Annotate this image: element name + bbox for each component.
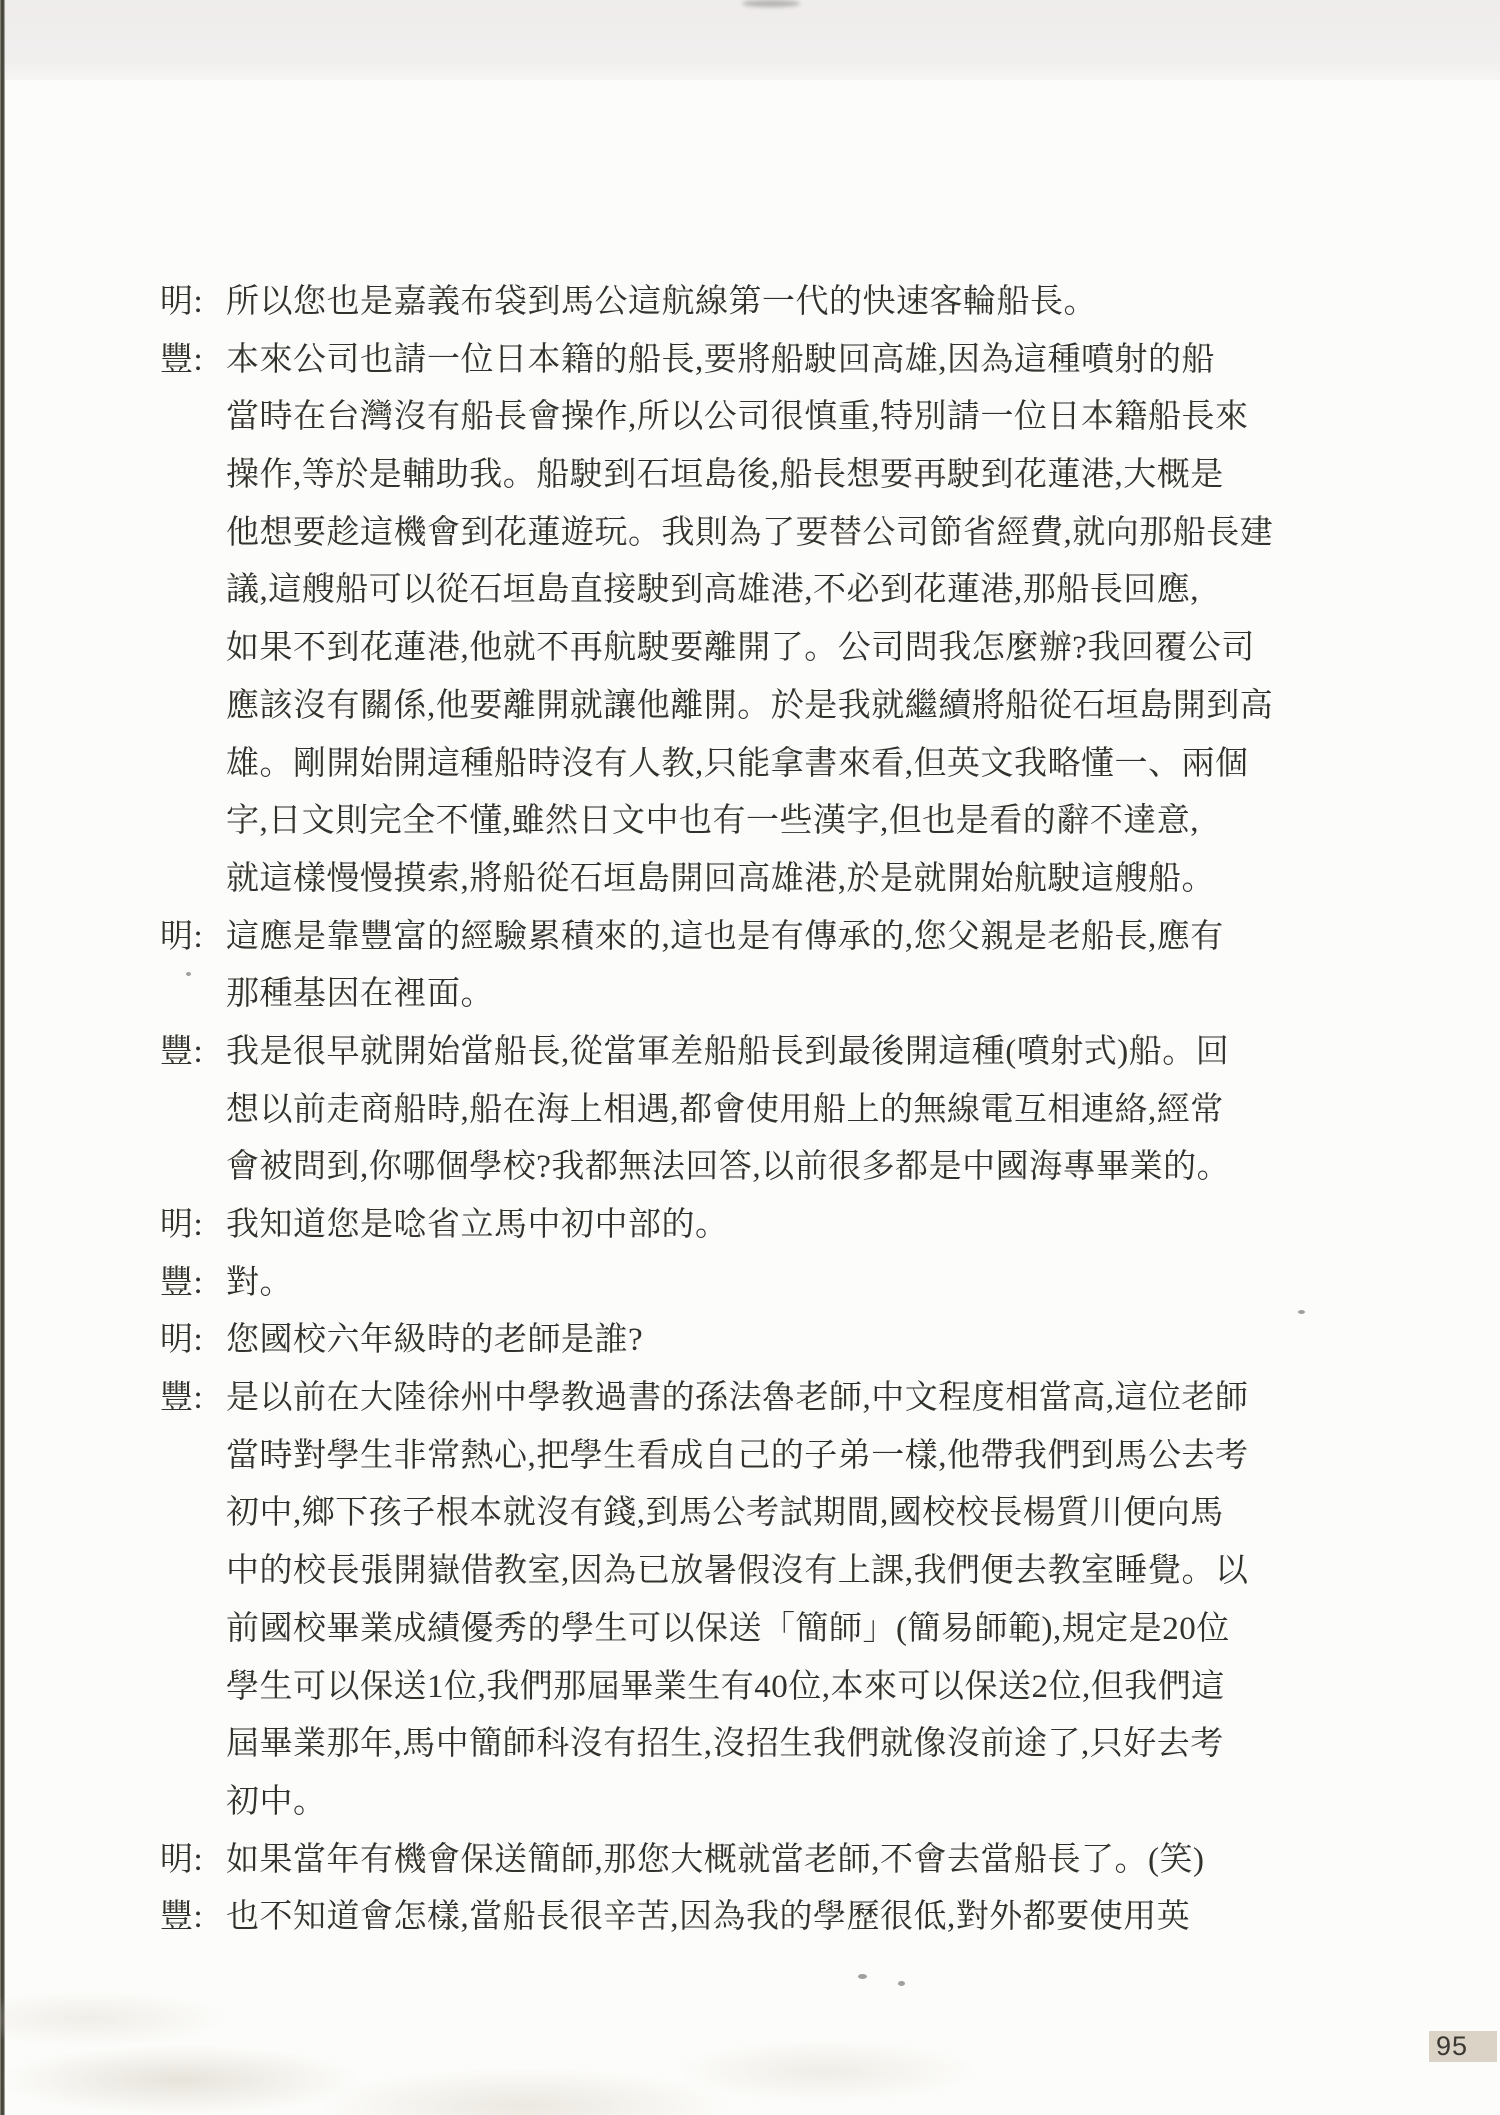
dialogue-text: 也不知道會怎樣,當船長很辛苦,因為我的學歷很低,對外都要使用英 (226, 1899, 1190, 1935)
dialogue-line: 明:您國校六年級時的老師是誰? (160, 1312, 1430, 1370)
dialogue-text: 中的校長張開嶽借教室,因為已放暑假沒有上課,我們便去教室睡覺。以 (226, 1553, 1249, 1589)
dialogue-line: 明:如果當年有機會保送簡師,那您大概就當老師,不會去當船長了。(笑) (160, 1832, 1430, 1890)
dialogue-text: 字,日文則完全不懂,雖然日文中也有一些漢字,但也是看的辭不達意, (226, 803, 1199, 839)
dialogue-text: 議,這艘船可以從石垣島直接駛到高雄港,不必到花蓮港,那船長回應, (226, 572, 1199, 608)
dialogue-line: 應該沒有關係,他要離開就讓他離開。於是我就繼續將船從石垣島開到高 (160, 678, 1430, 736)
dialogue-line: 豐:是以前在大陸徐州中學教過書的孫法魯老師,中文程度相當高,這位老師 (160, 1370, 1430, 1428)
dialogue-text: 就這樣慢慢摸索,將船從石垣島開回高雄港,於是就開始航駛這艘船。 (226, 861, 1215, 897)
dialogue-text: 您國校六年級時的老師是誰? (226, 1322, 643, 1358)
dialogue-line: 豐:本來公司也請一位日本籍的船長,要將船駛回高雄,因為這種噴射的船 (160, 332, 1430, 390)
dialogue-line: 屆畢業那年,馬中簡師科沒有招生,沒招生我們就像沒前途了,只好去考 (160, 1716, 1430, 1774)
dialogue-line: 當時對學生非常熱心,把學生看成自己的子弟一樣,他帶我們到馬公去考 (160, 1428, 1430, 1486)
dialogue-line: 如果不到花蓮港,他就不再航駛要離開了。公司問我怎麼辦?我回覆公司 (160, 620, 1430, 678)
speaker-label: 豐: (160, 1370, 226, 1428)
dialogue-line: 他想要趁這機會到花蓮遊玩。我則為了要替公司節省經費,就向那船長建 (160, 505, 1430, 563)
dialogue-text: 雄。剛開始開這種船時沒有人教,只能拿書來看,但英文我略懂一、兩個 (226, 746, 1249, 782)
dialogue-line: 學生可以保送1位,我們那屆畢業生有40位,本來可以保送2位,但我們這 (160, 1659, 1430, 1717)
dialogue-line: 初中。 (160, 1774, 1430, 1832)
dialogue-line: 初中,鄉下孩子根本就沒有錢,到馬公考試期間,國校校長楊質川便向馬 (160, 1485, 1430, 1543)
speaker-label: 明: (160, 274, 226, 332)
speaker-label: 豐: (160, 332, 226, 390)
dialogue-text: 應該沒有關係,他要離開就讓他離開。於是我就繼續將船從石垣島開到高 (226, 688, 1273, 724)
dialogue-line: 就這樣慢慢摸索,將船從石垣島開回高雄港,於是就開始航駛這艘船。 (160, 851, 1430, 909)
dialogue-line: 會被問到,你哪個學校?我都無法回答,以前很多都是中國海專畢業的。 (160, 1139, 1430, 1197)
dialogue-text: 這應是靠豐富的經驗累積來的,這也是有傳承的,您父親是老船長,應有 (226, 919, 1224, 955)
dialogue-text: 本來公司也請一位日本籍的船長,要將船駛回高雄,因為這種噴射的船 (226, 342, 1215, 378)
dialogue-text: 想以前走商船時,船在海上相遇,都會使用船上的無線電互相連絡,經常 (226, 1092, 1224, 1128)
dialogue-text: 對。 (226, 1265, 293, 1301)
scan-top-band (0, 0, 1500, 80)
dialogue-text: 那種基因在裡面。 (226, 976, 494, 1012)
dialogue-line: 明:我知道您是唸省立馬中初中部的。 (160, 1197, 1430, 1255)
dialogue-text: 是以前在大陸徐州中學教過書的孫法魯老師,中文程度相當高,這位老師 (226, 1380, 1249, 1416)
speaker-label: 明: (160, 1312, 226, 1370)
dialogue-line: 那種基因在裡面。 (160, 966, 1430, 1024)
dialogue-line: 中的校長張開嶽借教室,因為已放暑假沒有上課,我們便去教室睡覺。以 (160, 1543, 1430, 1601)
dialogue-line: 字,日文則完全不懂,雖然日文中也有一些漢字,但也是看的辭不達意, (160, 793, 1430, 851)
dialogue-line: 議,這艘船可以從石垣島直接駛到高雄港,不必到花蓮港,那船長回應, (160, 562, 1430, 620)
scan-smudge (742, 0, 800, 7)
dialogue-text: 如果不到花蓮港,他就不再航駛要離開了。公司問我怎麼辦?我回覆公司 (226, 630, 1255, 666)
dialogue-text: 所以您也是嘉義布袋到馬公這航線第一代的快速客輪船長。 (226, 284, 1097, 320)
dialogue-text: 如果當年有機會保送簡師,那您大概就當老師,不會去當船長了。(笑) (226, 1842, 1204, 1878)
scan-left-edge (0, 0, 5, 2115)
dialogue-text: 我知道您是唸省立馬中初中部的。 (226, 1207, 729, 1243)
speaker-label: 豐: (160, 1024, 226, 1082)
dialogue-line: 雄。剛開始開這種船時沒有人教,只能拿書來看,但英文我略懂一、兩個 (160, 736, 1430, 794)
dialogue-text: 當時在台灣沒有船長會操作,所以公司很慎重,特別請一位日本籍船長來 (226, 399, 1249, 435)
speaker-label: 豐: (160, 1255, 226, 1313)
dialogue-line: 當時在台灣沒有船長會操作,所以公司很慎重,特別請一位日本籍船長來 (160, 389, 1430, 447)
speaker-label: 豐: (160, 1889, 226, 1947)
dialogue-text: 初中。 (226, 1784, 327, 1820)
dialogue-text: 學生可以保送1位,我們那屆畢業生有40位,本來可以保送2位,但我們這 (226, 1669, 1225, 1705)
dialogue-line: 豐:對。 (160, 1255, 1430, 1313)
dialogue-text: 屆畢業那年,馬中簡師科沒有招生,沒招生我們就像沒前途了,只好去考 (226, 1726, 1224, 1762)
dialogue-line: 想以前走商船時,船在海上相遇,都會使用船上的無線電互相連絡,經常 (160, 1082, 1430, 1140)
dialogue-text: 操作,等於是輔助我。船駛到石垣島後,船長想要再駛到花蓮港,大概是 (226, 457, 1224, 493)
dialogue-line: 豐:也不知道會怎樣,當船長很辛苦,因為我的學歷很低,對外都要使用英 (160, 1889, 1430, 1947)
speaker-label: 明: (160, 1197, 226, 1255)
dialogue-text: 初中,鄉下孩子根本就沒有錢,到馬公考試期間,國校校長楊質川便向馬 (226, 1495, 1224, 1531)
dialogue-line: 操作,等於是輔助我。船駛到石垣島後,船長想要再駛到花蓮港,大概是 (160, 447, 1430, 505)
dialogue-line: 明:所以您也是嘉義布袋到馬公這航線第一代的快速客輪船長。 (160, 274, 1430, 332)
dialogue-text: 會被問到,你哪個學校?我都無法回答,以前很多都是中國海專畢業的。 (226, 1149, 1230, 1185)
dialogue-text: 前國校畢業成績優秀的學生可以保送「簡師」(簡易師範),規定是20位 (226, 1611, 1230, 1647)
scan-bottom-shading (0, 1940, 1500, 2115)
dialogue-line: 明:這應是靠豐富的經驗累積來的,這也是有傳承的,您父親是老船長,應有 (160, 909, 1430, 967)
speaker-label: 明: (160, 1832, 226, 1890)
scanned-document-page: 明:所以您也是嘉義布袋到馬公這航線第一代的快速客輪船長。豐:本來公司也請一位日本… (0, 0, 1500, 2115)
dialogue-text: 我是很早就開始當船長,從當軍差船船長到最後開這種(噴射式)船。回 (226, 1034, 1229, 1070)
speaker-label: 明: (160, 909, 226, 967)
interview-dialogue: 明:所以您也是嘉義布袋到馬公這航線第一代的快速客輪船長。豐:本來公司也請一位日本… (160, 274, 1430, 1947)
dialogue-text: 他想要趁這機會到花蓮遊玩。我則為了要替公司節省經費,就向那船長建 (226, 515, 1273, 551)
dialogue-line: 前國校畢業成績優秀的學生可以保送「簡師」(簡易師範),規定是20位 (160, 1601, 1430, 1659)
dialogue-text: 當時對學生非常熱心,把學生看成自己的子弟一樣,他帶我們到馬公去考 (226, 1438, 1249, 1474)
dialogue-line: 豐:我是很早就開始當船長,從當軍差船船長到最後開這種(噴射式)船。回 (160, 1024, 1430, 1082)
